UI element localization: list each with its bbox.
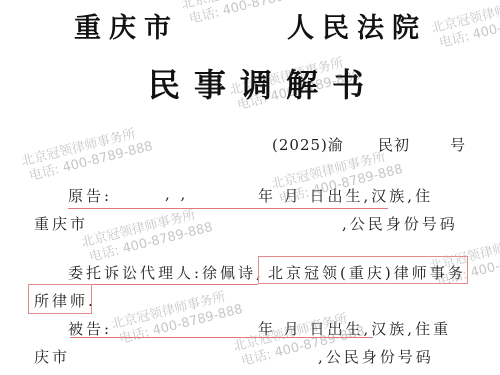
agent-underline <box>68 284 258 285</box>
defendant-birth: 年 月 日出生,汉族,住重 <box>258 318 451 339</box>
watermark: 北京冠领律师事务所 电话: 400-8789-888 <box>430 0 500 53</box>
plaintiff-address: 重庆市 <box>34 213 88 234</box>
plaintiff-birth: 年 月 日出生,汉族,住 <box>258 185 433 206</box>
watermark: 北京冠领律师事务所 电话: 400-8789-888 <box>80 204 214 267</box>
doc-title: 民事调解书 <box>148 60 378 106</box>
watermark: 北京冠领律师事务所 电话: 400-8789-888 <box>110 286 244 349</box>
defendant-underline <box>70 337 373 338</box>
defendant-address: 庆市 <box>34 346 70 367</box>
defendant-label: 被告: <box>68 318 112 339</box>
plaintiff-commas: , , <box>165 185 188 203</box>
case-number-suffix: 号 <box>450 134 466 155</box>
plaintiff-id: ,公民身份号码 <box>342 213 458 234</box>
agent-firm-line2: 所律师. <box>34 290 96 311</box>
defendant-id: ,公民身份号码 <box>318 346 434 367</box>
watermark: 北京冠领律师事务所 电话: 400-8789-888 <box>20 123 154 186</box>
court-title-left: 重庆市 <box>74 6 179 45</box>
case-number-mid: 民初 <box>378 134 410 155</box>
case-number-year: (2025)渝 <box>272 134 344 155</box>
plaintiff-label: 原告: <box>68 185 112 206</box>
agent-firm-line1: 北京冠领(重庆)律师事务 <box>268 262 466 283</box>
plaintiff-underline <box>68 208 388 209</box>
court-title-right: 人民法院 <box>287 6 427 45</box>
agent-line: 委托诉讼代理人:徐佩诗, <box>68 262 264 283</box>
